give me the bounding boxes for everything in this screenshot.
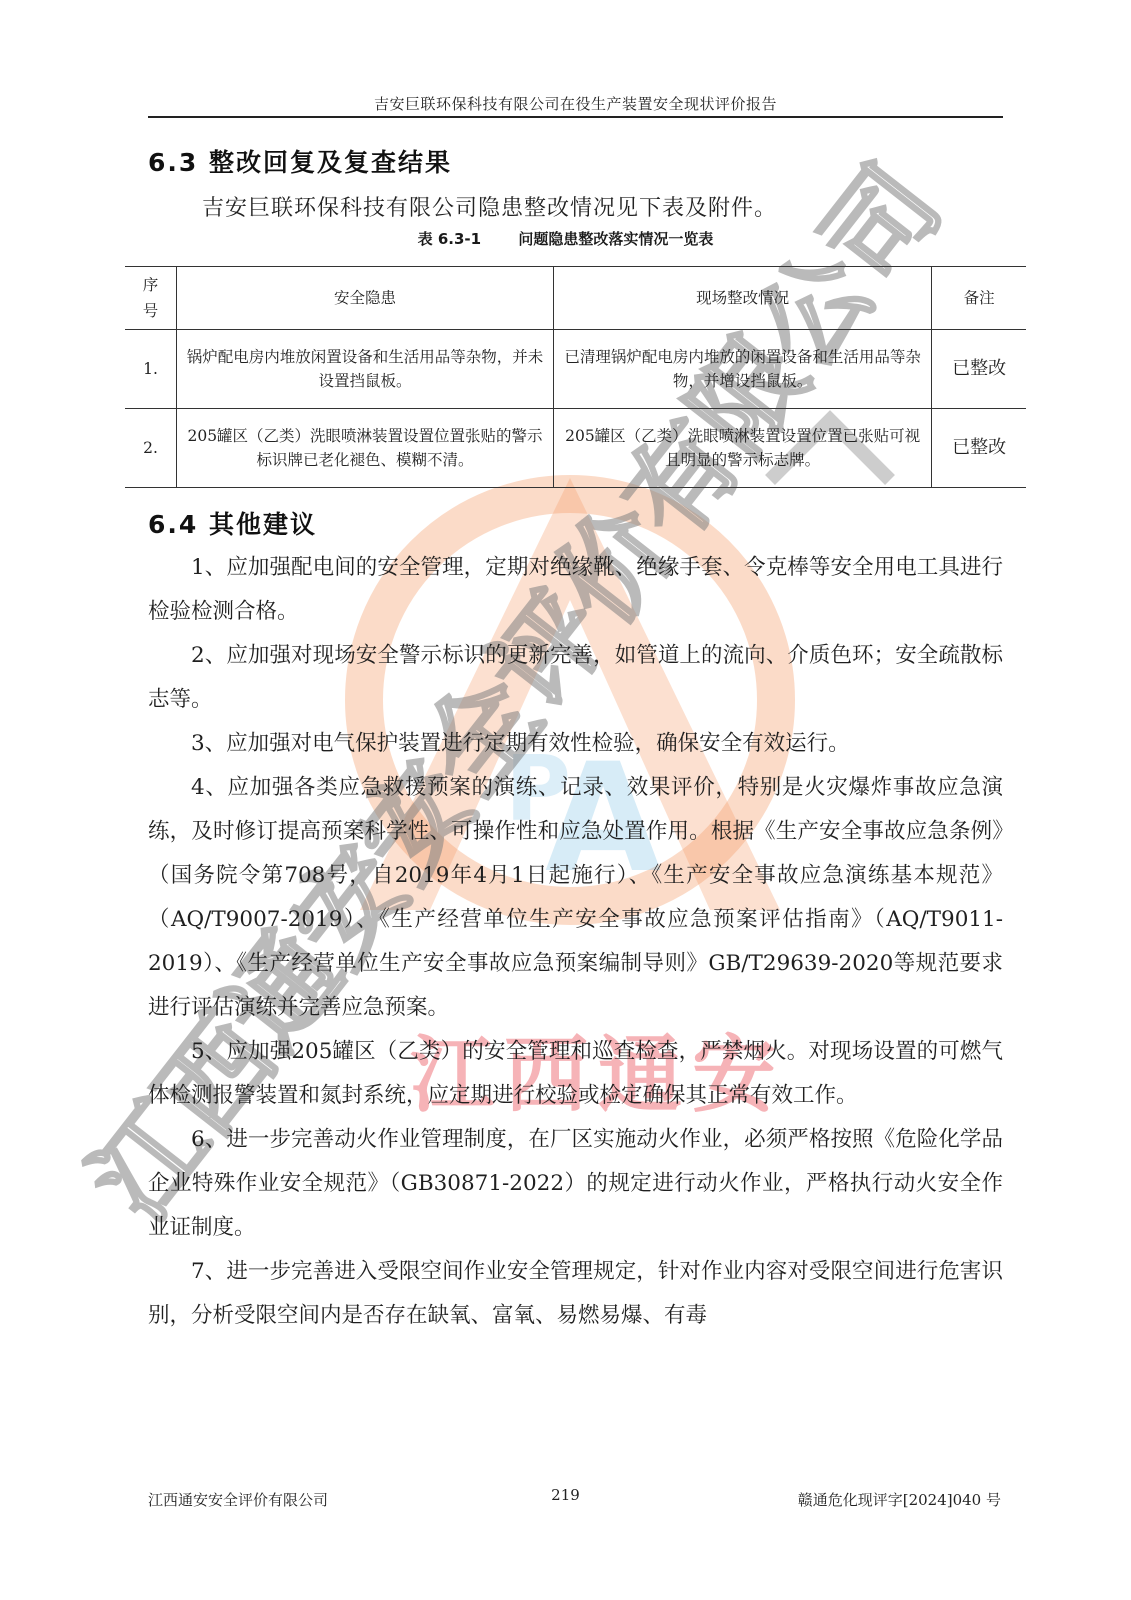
header-rule xyxy=(148,116,1003,118)
section-heading-6-3: 6.3 整改回复及复查结果 xyxy=(148,143,452,179)
recommendation-paragraph: 2、应加强对现场安全警示标识的更新完善，如管道上的流向、介质色环；安全疏散标志等… xyxy=(148,634,1003,722)
table-caption-number: 表 6.3-1 xyxy=(418,230,481,248)
table-caption: 表 6.3-1 问题隐患整改落实情况一览表 xyxy=(0,228,1131,249)
recommendation-paragraph: 3、应加强对电气保护装置进行定期有效性检验，确保安全有效运行。 xyxy=(148,722,1003,766)
footer-report-id: 赣通危化现评字[2024]040 号 xyxy=(798,1489,1001,1510)
row-hazard: 205罐区（乙类）洗眼喷淋装置设置位置张贴的警示标识牌已老化褪色、模糊不清。 xyxy=(176,409,553,488)
row-rectification: 已清理锅炉配电房内堆放的闲置设备和生活用品等杂物，并增设挡鼠板。 xyxy=(554,330,932,409)
recommendations-body: 1、应加强配电间的安全管理，定期对绝缘靴、绝缘手套、令克棒等安全用电工具进行检验… xyxy=(148,546,1003,1338)
recommendation-paragraph: 4、应加强各类应急救援预案的演练、记录、效果评价，特别是火灾爆炸事故应急演练，及… xyxy=(148,766,1003,1030)
header-rectification: 现场整改情况 xyxy=(554,267,932,330)
running-header: 吉安巨联环保科技有限公司在役生产装置安全现状评价报告 xyxy=(148,93,1003,114)
table-header-row: 序号 安全隐患 现场整改情况 备注 xyxy=(125,267,1026,330)
header-remark: 备注 xyxy=(932,267,1026,330)
recommendation-paragraph: 5、应加强205罐区（乙类）的安全管理和巡查检查，严禁烟火。对现场设置的可燃气体… xyxy=(148,1030,1003,1118)
header-hazard: 安全隐患 xyxy=(176,267,553,330)
section-heading-6-4: 6.4 其他建议 xyxy=(148,505,317,541)
document-page: A P 江西通安 江西通安安全评价有限公司 吉安巨联环保科技有限公司在役生产装置… xyxy=(0,0,1131,1600)
table-row: 2. 205罐区（乙类）洗眼喷淋装置设置位置张贴的警示标识牌已老化褪色、模糊不清… xyxy=(125,409,1026,488)
header-no-label: 序号 xyxy=(143,272,159,324)
table-caption-title: 问题隐患整改落实情况一览表 xyxy=(518,230,713,248)
section-intro: 吉安巨联环保科技有限公司隐患整改情况见下表及附件。 xyxy=(202,191,777,222)
recommendation-paragraph: 7、进一步完善进入受限空间作业安全管理规定，针对作业内容对受限空间进行危害识别，… xyxy=(148,1250,1003,1338)
header-no: 序号 xyxy=(125,267,176,330)
row-no: 1. xyxy=(125,330,176,409)
row-hazard: 锅炉配电房内堆放闲置设备和生活用品等杂物，并未设置挡鼠板。 xyxy=(176,330,553,409)
rectification-table: 序号 安全隐患 现场整改情况 备注 1. 锅炉配电房内堆放闲置设备和生活用品等杂… xyxy=(125,266,1026,488)
recommendation-paragraph: 1、应加强配电间的安全管理，定期对绝缘靴、绝缘手套、令克棒等安全用电工具进行检验… xyxy=(148,546,1003,634)
recommendation-paragraph: 6、进一步完善动火作业管理制度，在厂区实施动火作业，必须严格按照《危险化学品企业… xyxy=(148,1118,1003,1250)
row-rectification: 205罐区（乙类）洗眼喷淋装置设置位置已张贴可视且明显的警示标志牌。 xyxy=(554,409,932,488)
row-no: 2. xyxy=(125,409,176,488)
row-remark: 已整改 xyxy=(932,409,1026,488)
table-row: 1. 锅炉配电房内堆放闲置设备和生活用品等杂物，并未设置挡鼠板。 已清理锅炉配电… xyxy=(125,330,1026,409)
row-remark: 已整改 xyxy=(932,330,1026,409)
